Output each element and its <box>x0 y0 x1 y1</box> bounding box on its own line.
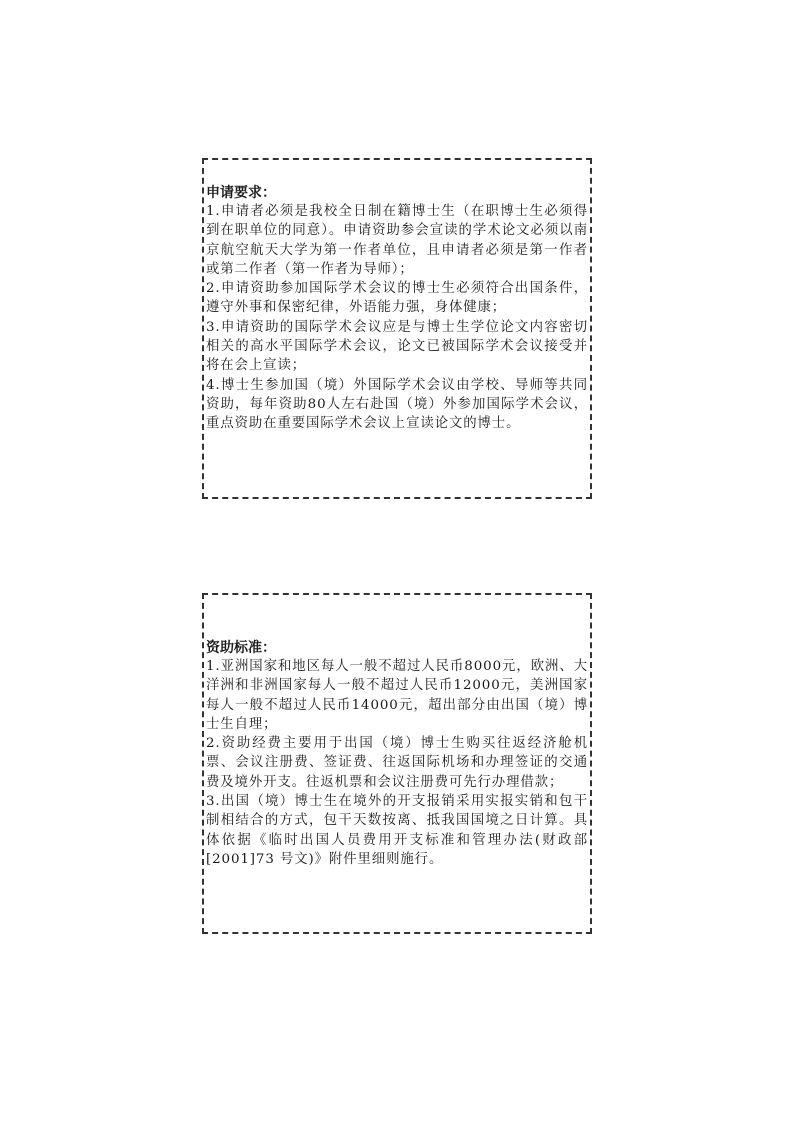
funding-standards-box: 资助标准： 1.亚洲国家和地区每人一般不超过人民币8000元，欧洲、大洋洲和非洲… <box>202 593 592 934</box>
requirement-item: 3.申请资助的国际学术会议应是与博士生学位论文内容密切相关的高水平国际学术会议，… <box>204 318 590 376</box>
requirement-item: 2.申请资助参加国际学术会议的博士生必须符合出国条件，遵守外事和保密纪律，外语能… <box>204 279 590 318</box>
standard-item: 1.亚洲国家和地区每人一般不超过人民币8000元，欧洲、大洋洲和非洲国家每人一般… <box>204 657 590 734</box>
section-heading: 资助标准： <box>204 639 590 657</box>
requirement-item: 1.申请者必须是我校全日制在籍博士生（在职博士生必须得到在职单位的同意）。申请资… <box>204 202 590 279</box>
standard-item: 3.出国（境）博士生在境外的开支报销采用实报实销和包干制相结合的方式，包干天数按… <box>204 792 590 869</box>
application-requirements-box: 申请要求： 1.申请者必须是我校全日制在籍博士生（在职博士生必须得到在职单位的同… <box>202 158 592 499</box>
standard-item: 2.资助经费主要用于出国（境）博士生购买往返经济舱机票、会议注册费、签证费、往返… <box>204 734 590 792</box>
section-heading: 申请要求： <box>204 184 590 202</box>
requirement-item: 4.博士生参加国（境）外国际学术会议由学校、导师等共同资助，每年资助80人左右赴… <box>204 376 590 434</box>
